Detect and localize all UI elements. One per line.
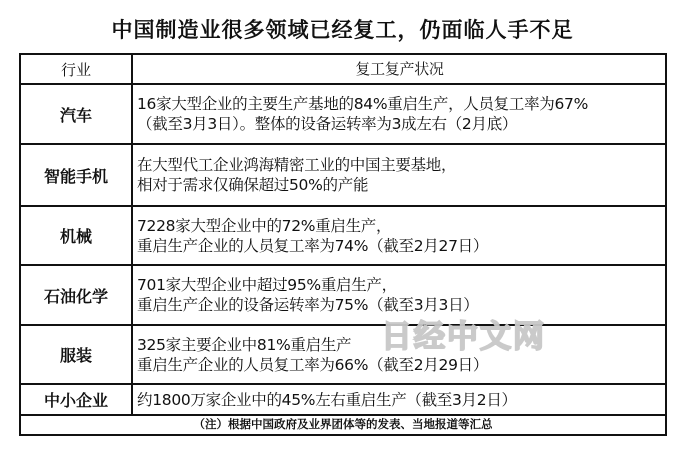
industry-cell: 机械 <box>21 207 133 264</box>
status-line: 325家主要企业中81%重启生产 <box>137 335 665 355</box>
status-line: 重启生产企业的人员复工率为74%（截至2月27日） <box>137 236 665 256</box>
table-row: 机械 7228家大型企业中的72%重启生产， 重启生产企业的人员复工率为74%（… <box>21 207 665 266</box>
table-header-row: 行业 复工复产状况 <box>21 55 665 85</box>
status-cell: 7228家大型企业中的72%重启生产， 重启生产企业的人员复工率为74%（截至2… <box>134 207 665 264</box>
status-line: 在大型代工企业鸿海精密工业的中国主要基地， <box>137 155 665 175</box>
status-cell: 在大型代工企业鸿海精密工业的中国主要基地， 相对于需求仅确保超过50%的产能 <box>134 145 665 205</box>
status-cell: 约1800万家企业中的45%左右重启生产（截至3月2日） <box>134 385 665 414</box>
industry-cell: 智能手机 <box>21 145 133 205</box>
status-line: 16家大型企业的主要生产基地的84%重启生产，人员复工率为67% <box>137 94 665 114</box>
table-row: 石油化学 701家大型企业中超过95%重启生产， 重启生产企业的设备运转率为75… <box>21 266 665 326</box>
resumption-table: 行业 复工复产状况 汽车 16家大型企业的主要生产基地的84%重启生产，人员复工… <box>19 53 667 436</box>
industry-cell: 服装 <box>21 326 133 383</box>
table-row: 智能手机 在大型代工企业鸿海精密工业的中国主要基地， 相对于需求仅确保超过50%… <box>21 145 665 207</box>
industry-cell: 中小企业 <box>21 385 133 414</box>
chart-title: 中国制造业很多领域已经复工，仍面临人手不足 <box>0 14 685 44</box>
status-line: （截至3月3日）。整体的设备运转率为3成左右（2月底） <box>137 114 665 134</box>
industry-cell: 汽车 <box>21 85 133 143</box>
header-industry: 行业 <box>21 55 133 83</box>
status-line: 约1800万家企业中的45%左右重启生产（截至3月2日） <box>137 390 665 410</box>
table-row: 汽车 16家大型企业的主要生产基地的84%重启生产，人员复工率为67% （截至3… <box>21 85 665 145</box>
status-line: 重启生产企业的人员复工率为66%（截至2月29日） <box>137 355 665 375</box>
status-line: 相对于需求仅确保超过50%的产能 <box>137 175 665 195</box>
table-row: 服装 325家主要企业中81%重启生产 重启生产企业的人员复工率为66%（截至2… <box>21 326 665 385</box>
status-cell: 325家主要企业中81%重启生产 重启生产企业的人员复工率为66%（截至2月29… <box>134 326 665 383</box>
status-line: 701家大型企业中超过95%重启生产， <box>137 275 665 295</box>
header-status: 复工复产状况 <box>134 55 665 83</box>
status-cell: 701家大型企业中超过95%重启生产， 重启生产企业的设备运转率为75%（截至3… <box>134 266 665 324</box>
table-row: 中小企业 约1800万家企业中的45%左右重启生产（截至3月2日） <box>21 385 665 416</box>
industry-cell: 石油化学 <box>21 266 133 324</box>
status-cell: 16家大型企业的主要生产基地的84%重启生产，人员复工率为67% （截至3月3日… <box>134 85 665 143</box>
table-note: （注）根据中国政府及业界团体等的发表、当地报道等汇总 <box>21 414 665 434</box>
status-line: 重启生产企业的设备运转率为75%（截至3月3日） <box>137 295 665 315</box>
status-line: 7228家大型企业中的72%重启生产， <box>137 216 665 236</box>
